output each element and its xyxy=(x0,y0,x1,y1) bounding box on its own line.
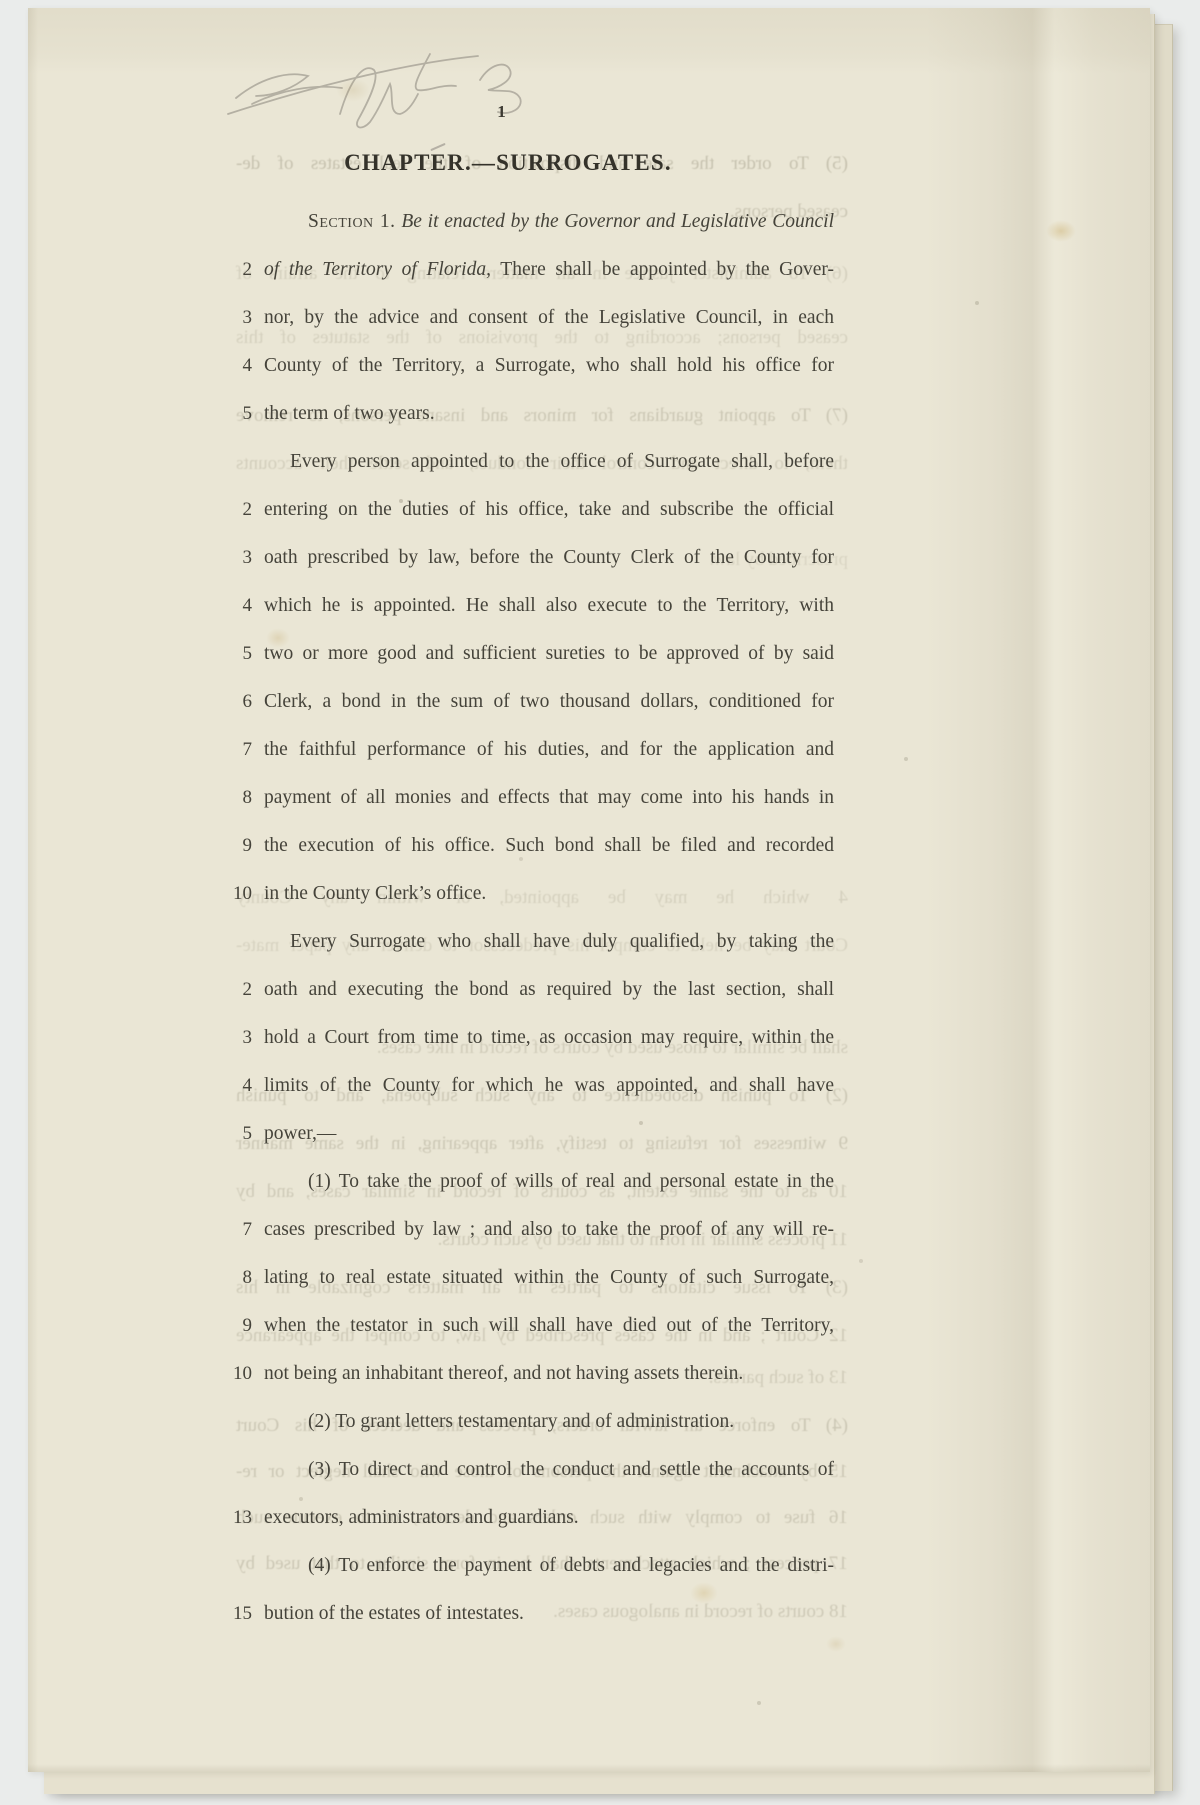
text-line: 9the execution of his office. Such bond … xyxy=(222,824,834,872)
line-text: oath prescribed by law, before the Count… xyxy=(264,536,834,584)
line-number: 10 xyxy=(222,1352,264,1400)
page-title: CHAPTER.—SURROGATES. xyxy=(202,150,814,176)
line-number: 7 xyxy=(222,1208,264,1256)
line-number xyxy=(222,1160,264,1208)
line-text: Section 1. Be it enacted by the Governor… xyxy=(264,200,834,248)
paper-specks xyxy=(0,0,2,2)
line-text: of the Territory of Florida, There shall… xyxy=(264,248,834,296)
text-line: 10in the County Clerk’s office. xyxy=(222,872,834,920)
line-text: (4) To enforce the payment of debts and … xyxy=(264,1544,834,1592)
line-number: 8 xyxy=(222,1256,264,1304)
line-number: 2 xyxy=(222,968,264,1016)
line-text: oath and executing the bond as required … xyxy=(264,968,834,1016)
line-number: 13 xyxy=(222,1496,264,1544)
text-line: 4which he is appointed. He shall also ex… xyxy=(222,584,834,632)
line-number: 15 xyxy=(222,1592,264,1640)
line-text: in the County Clerk’s office. xyxy=(264,872,834,920)
text-line: (2) To grant letters testamentary and of… xyxy=(222,1400,834,1448)
line-number: 4 xyxy=(222,344,264,392)
line-text: the execution of his office. Such bond s… xyxy=(264,824,834,872)
line-number: 3 xyxy=(222,536,264,584)
line-number xyxy=(222,200,264,248)
line-text: cases prescribed by law ; and also to ta… xyxy=(264,1208,834,1256)
text-line: (3) To direct and control the conduct an… xyxy=(222,1448,834,1496)
text-line: 5the term of two years. xyxy=(222,392,834,440)
line-text: the term of two years. xyxy=(264,392,834,440)
line-number: 10 xyxy=(222,872,264,920)
text-line: 8payment of all monies and effects that … xyxy=(222,776,834,824)
text-line: Every person appointed to the office of … xyxy=(222,440,834,488)
line-number xyxy=(222,1544,264,1592)
line-text: not being an inhabitant thereof, and not… xyxy=(264,1352,834,1400)
line-text: executors, administrators and guardians. xyxy=(264,1496,834,1544)
line-number: 5 xyxy=(222,632,264,680)
line-number xyxy=(222,440,264,488)
page-number: 1 xyxy=(196,102,808,122)
line-number xyxy=(222,920,264,968)
line-text: payment of all monies and effects that m… xyxy=(264,776,834,824)
text-line: Section 1. Be it enacted by the Governor… xyxy=(222,200,834,248)
paper-edge-shadow-bottom xyxy=(28,1764,1150,1772)
line-text: the faithful performance of his duties, … xyxy=(264,728,834,776)
line-text: (2) To grant letters testamentary and of… xyxy=(264,1400,834,1448)
text-line: 4limits of the County for which he was a… xyxy=(222,1064,834,1112)
text-line: 3oath prescribed by law, before the Coun… xyxy=(222,536,834,584)
line-number: 5 xyxy=(222,392,264,440)
text-line: 2oath and executing the bond as required… xyxy=(222,968,834,1016)
text-line: 2entering on the duties of his office, t… xyxy=(222,488,834,536)
line-text: two or more good and sufficient sureties… xyxy=(264,632,834,680)
text-line: 13executors, administrators and guardian… xyxy=(222,1496,834,1544)
line-text: which he is appointed. He shall also exe… xyxy=(264,584,834,632)
line-text: power,— xyxy=(264,1112,834,1160)
line-text: lating to real estate situated within th… xyxy=(264,1256,834,1304)
text-line: 3nor, by the advice and consent of the L… xyxy=(222,296,834,344)
paper-edge-shadow-left xyxy=(28,8,38,1772)
text-line: 9when the testator in such will shall ha… xyxy=(222,1304,834,1352)
line-text: entering on the duties of his office, ta… xyxy=(264,488,834,536)
body-text: Section 1. Be it enacted by the Governor… xyxy=(222,200,834,1640)
line-number: 5 xyxy=(222,1112,264,1160)
line-text: hold a Court from time to time, as occas… xyxy=(264,1016,834,1064)
line-number xyxy=(222,1400,264,1448)
line-number: 2 xyxy=(222,488,264,536)
line-text: when the testator in such will shall hav… xyxy=(264,1304,834,1352)
line-number: 3 xyxy=(222,1016,264,1064)
line-text: limits of the County for which he was ap… xyxy=(264,1064,834,1112)
text-line: 7the faithful performance of his duties,… xyxy=(222,728,834,776)
line-text: (3) To direct and control the conduct an… xyxy=(264,1448,834,1496)
line-number: 7 xyxy=(222,728,264,776)
text-line: 6Clerk, a bond in the sum of two thousan… xyxy=(222,680,834,728)
text-line: 4County of the Territory, a Surrogate, w… xyxy=(222,344,834,392)
line-number: 9 xyxy=(222,824,264,872)
text-line: 2of the Territory of Florida, There shal… xyxy=(222,248,834,296)
line-text: (1) To take the proof of wills of real a… xyxy=(264,1160,834,1208)
text-line: Every Surrogate who shall have duly qual… xyxy=(222,920,834,968)
line-number: 4 xyxy=(222,1064,264,1112)
line-text: County of the Territory, a Surrogate, wh… xyxy=(264,344,834,392)
line-text: Clerk, a bond in the sum of two thousand… xyxy=(264,680,834,728)
text-line: (4) To enforce the payment of debts and … xyxy=(222,1544,834,1592)
text-line: (1) To take the proof of wills of real a… xyxy=(222,1160,834,1208)
text-line: 7cases prescribed by law ; and also to t… xyxy=(222,1208,834,1256)
text-line: 5two or more good and sufficient suretie… xyxy=(222,632,834,680)
scanned-document-screenshot: { "document": { "page_number": "1", "tit… xyxy=(0,0,1200,1805)
line-text: bution of the estates of intestates. xyxy=(264,1592,834,1640)
line-text: nor, by the advice and consent of the Le… xyxy=(264,296,834,344)
text-line: 10not being an inhabitant thereof, and n… xyxy=(222,1352,834,1400)
line-number xyxy=(222,1448,264,1496)
line-number: 9 xyxy=(222,1304,264,1352)
line-text: Every Surrogate who shall have duly qual… xyxy=(264,920,834,968)
line-number: 2 xyxy=(222,248,264,296)
line-number: 4 xyxy=(222,584,264,632)
text-line: 15bution of the estates of intestates. xyxy=(222,1592,834,1640)
line-text: Every person appointed to the office of … xyxy=(264,440,834,488)
text-line: 5power,— xyxy=(222,1112,834,1160)
text-line: 3hold a Court from time to time, as occa… xyxy=(222,1016,834,1064)
line-number: 3 xyxy=(222,296,264,344)
line-number: 8 xyxy=(222,776,264,824)
text-line: 8lating to real estate situated within t… xyxy=(222,1256,834,1304)
line-number: 6 xyxy=(222,680,264,728)
